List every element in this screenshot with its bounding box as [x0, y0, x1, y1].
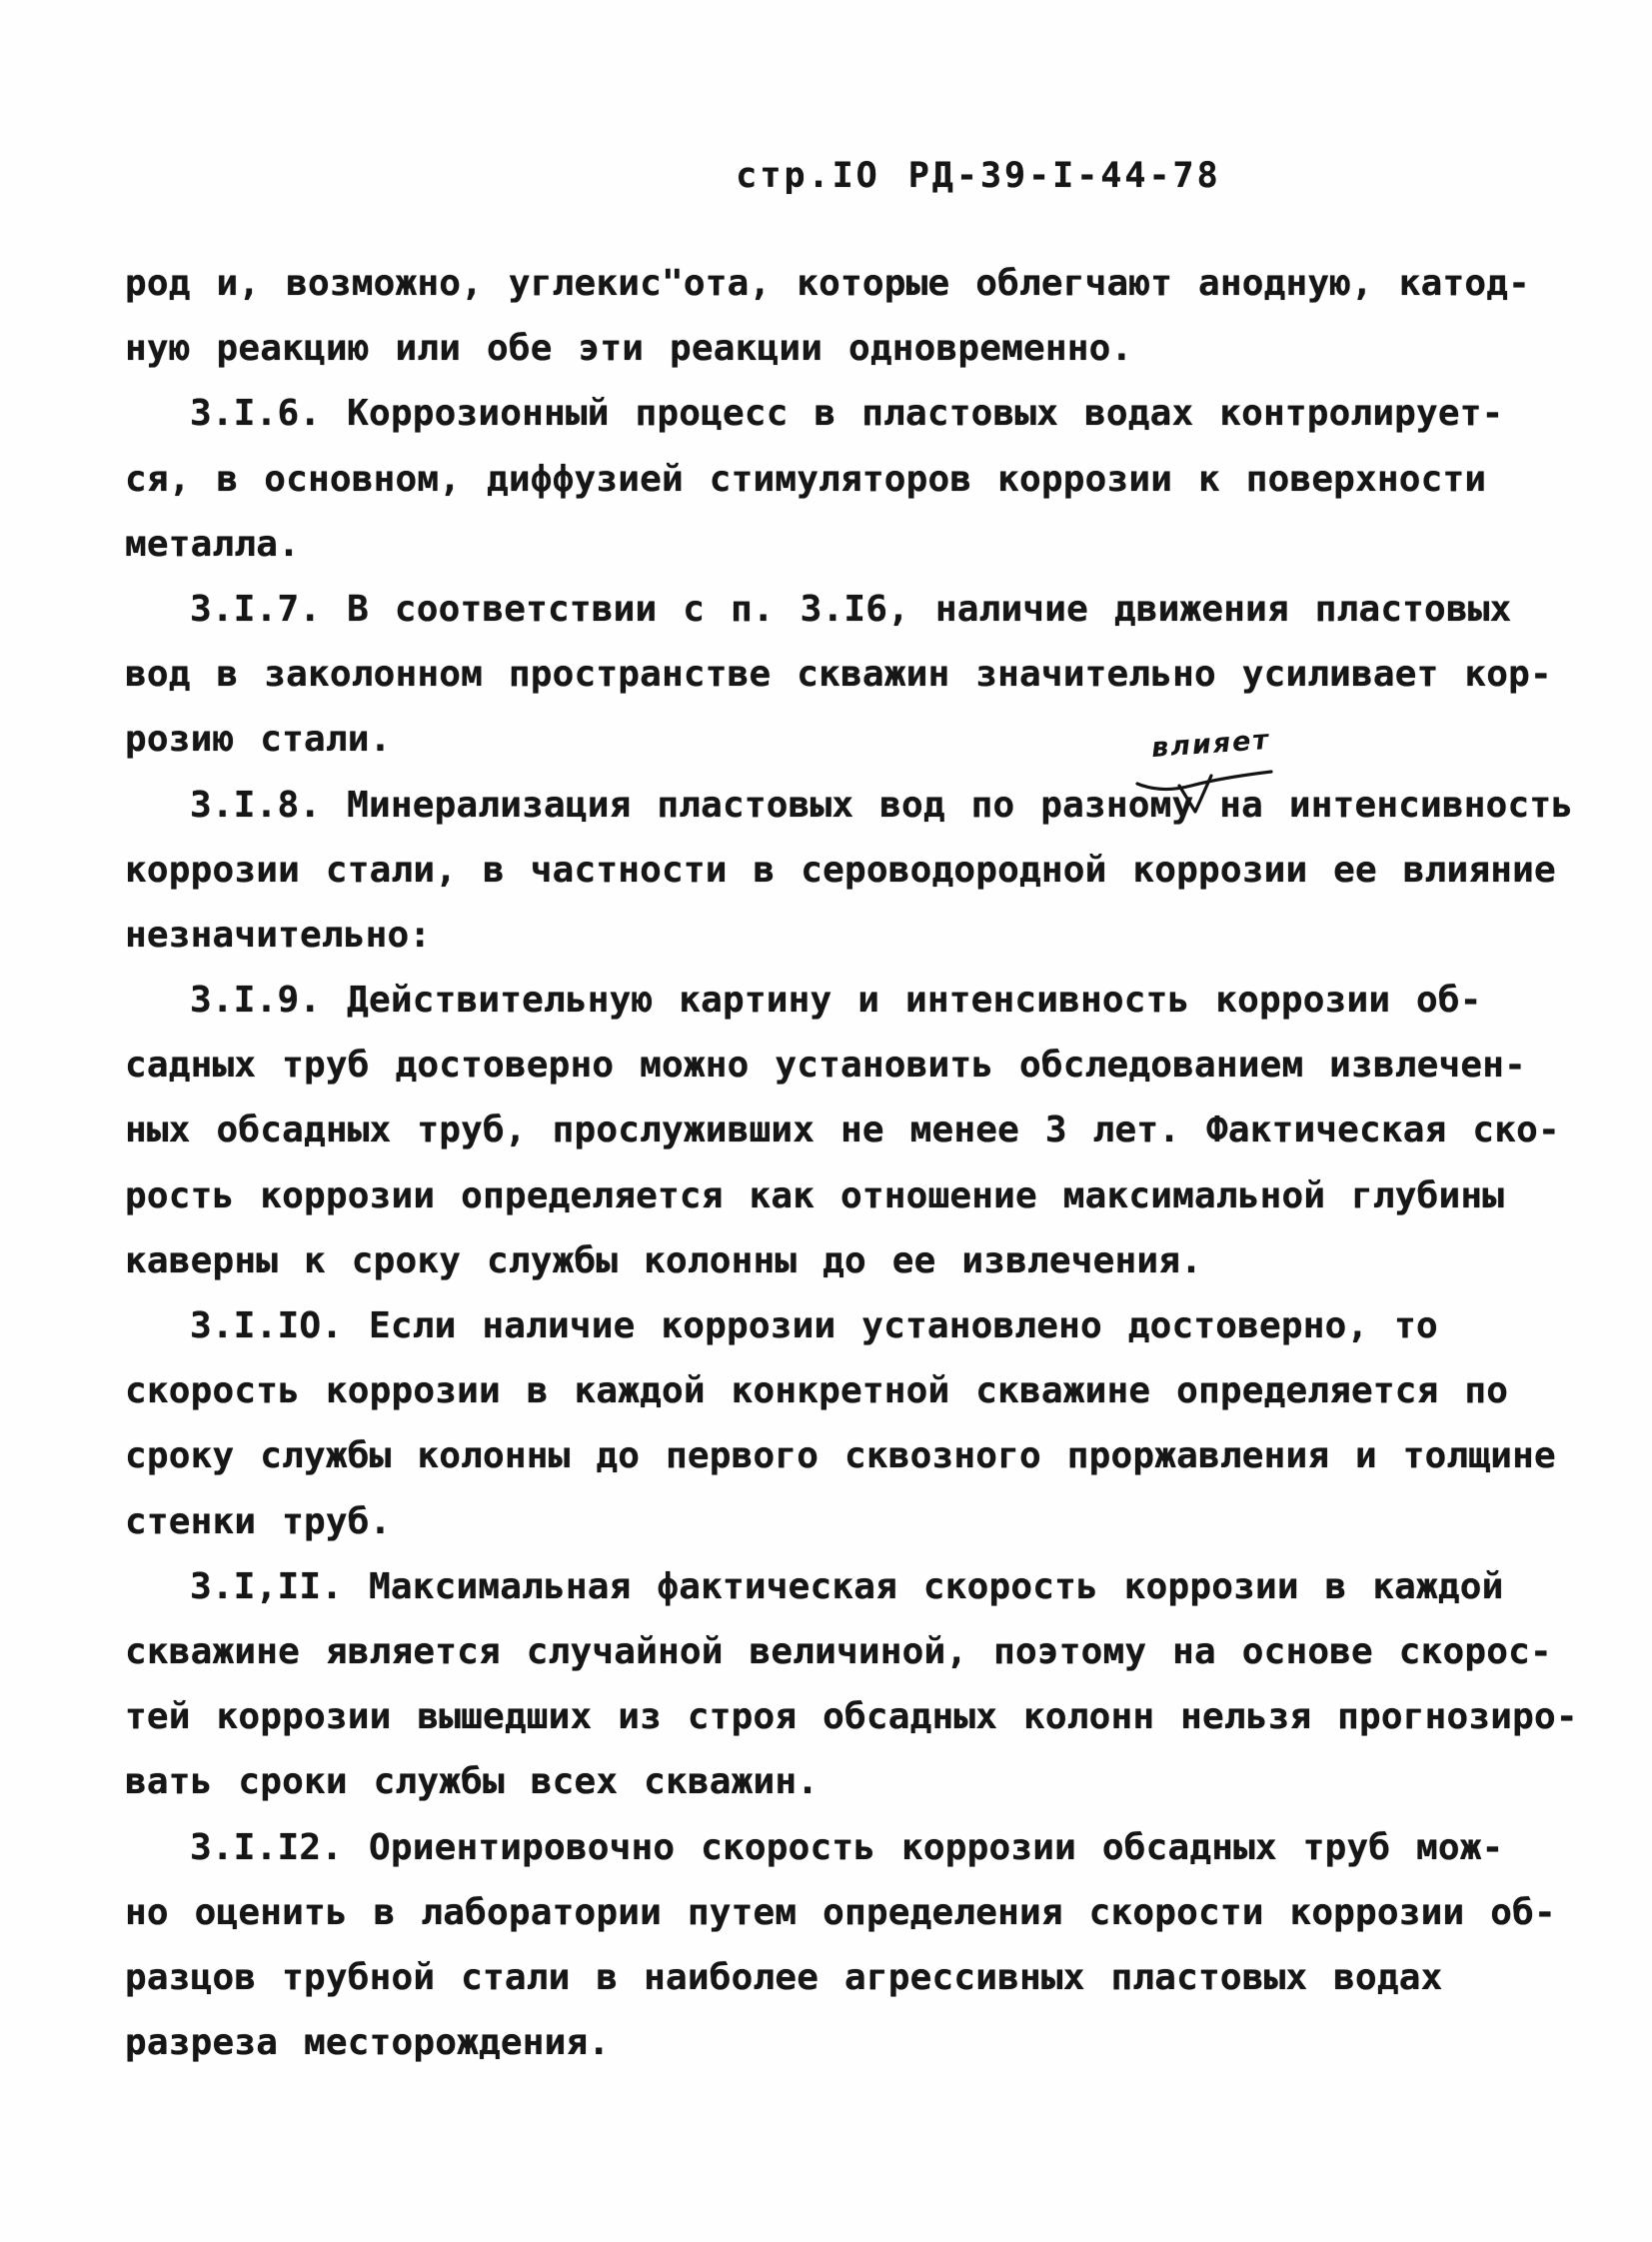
text-line: скорость коррозии в каждой конкретной ск… [125, 1358, 1584, 1423]
text-line: незначительно: [125, 903, 1584, 968]
text-line: коррозии стали, в частности в сероводоро… [125, 838, 1584, 903]
text-line: 3.I.9. Действительную картину и интенсив… [125, 968, 1584, 1033]
text-line: род и, возможно, углекис"ота, которые об… [125, 251, 1584, 316]
text-line: скважине является случайной величиной, п… [125, 1619, 1584, 1684]
scanned-page: стр.IOРД-39-I-44-78 род и, возможно, угл… [0, 0, 1652, 2242]
page-header: стр.IOРД-39-I-44-78 [640, 116, 1221, 236]
text-line: 3.I,II. Максимальная фактическая скорост… [125, 1554, 1584, 1619]
text-line: разцов трубной стали в наиболее агрессив… [125, 1945, 1584, 2010]
text-line: ных обсадных труб, прослуживших не менее… [125, 1098, 1584, 1162]
text-line: 3.I.8. Минерализация пластовых вод по ра… [125, 773, 1584, 838]
text-line: 3.I.7. В соответствии с п. 3.I6, наличие… [125, 577, 1584, 642]
insertion-caret-mark [1133, 764, 1303, 816]
document-body: род и, возможно, углекис"ота, которые об… [125, 251, 1584, 2075]
text-line: 3.I.I2. Ориентировочно скорость коррозии… [125, 1815, 1584, 1880]
text-line: стенки труб. [125, 1489, 1584, 1554]
text-line: вод в заколонном пространстве скважин зн… [125, 642, 1584, 707]
text-line: садных труб достоверно можно установить … [125, 1033, 1584, 1098]
text-line: 3.I.IO. Если наличие коррозии установлен… [125, 1293, 1584, 1358]
text-line: вать сроки службы всех скважин. [125, 1749, 1584, 1814]
text-line: каверны к сроку службы колонны до ее изв… [125, 1228, 1584, 1293]
text-line: розию стали. [125, 707, 1584, 772]
text-line: рость коррозии определяется как отношени… [125, 1163, 1584, 1228]
text-line: разреза месторождения. [125, 2010, 1584, 2075]
text-line: но оценить в лаборатории путем определен… [125, 1880, 1584, 1945]
text-line: металла. [125, 512, 1584, 577]
text-line: 3.I.6. Коррозионный процесс в пластовых … [125, 381, 1584, 446]
text-line: ную реакцию или обе эти реакции одноврем… [125, 316, 1584, 381]
document-number: РД-39-I-44-78 [908, 156, 1221, 196]
text-line: тей коррозии вышедших из строя обсадных … [125, 1684, 1584, 1749]
text-line: сроку службы колонны до первого сквозног… [125, 1423, 1584, 1488]
text-line: ся, в основном, диффузией стимуляторов к… [125, 447, 1584, 512]
page-number: стр.IO [736, 156, 879, 196]
